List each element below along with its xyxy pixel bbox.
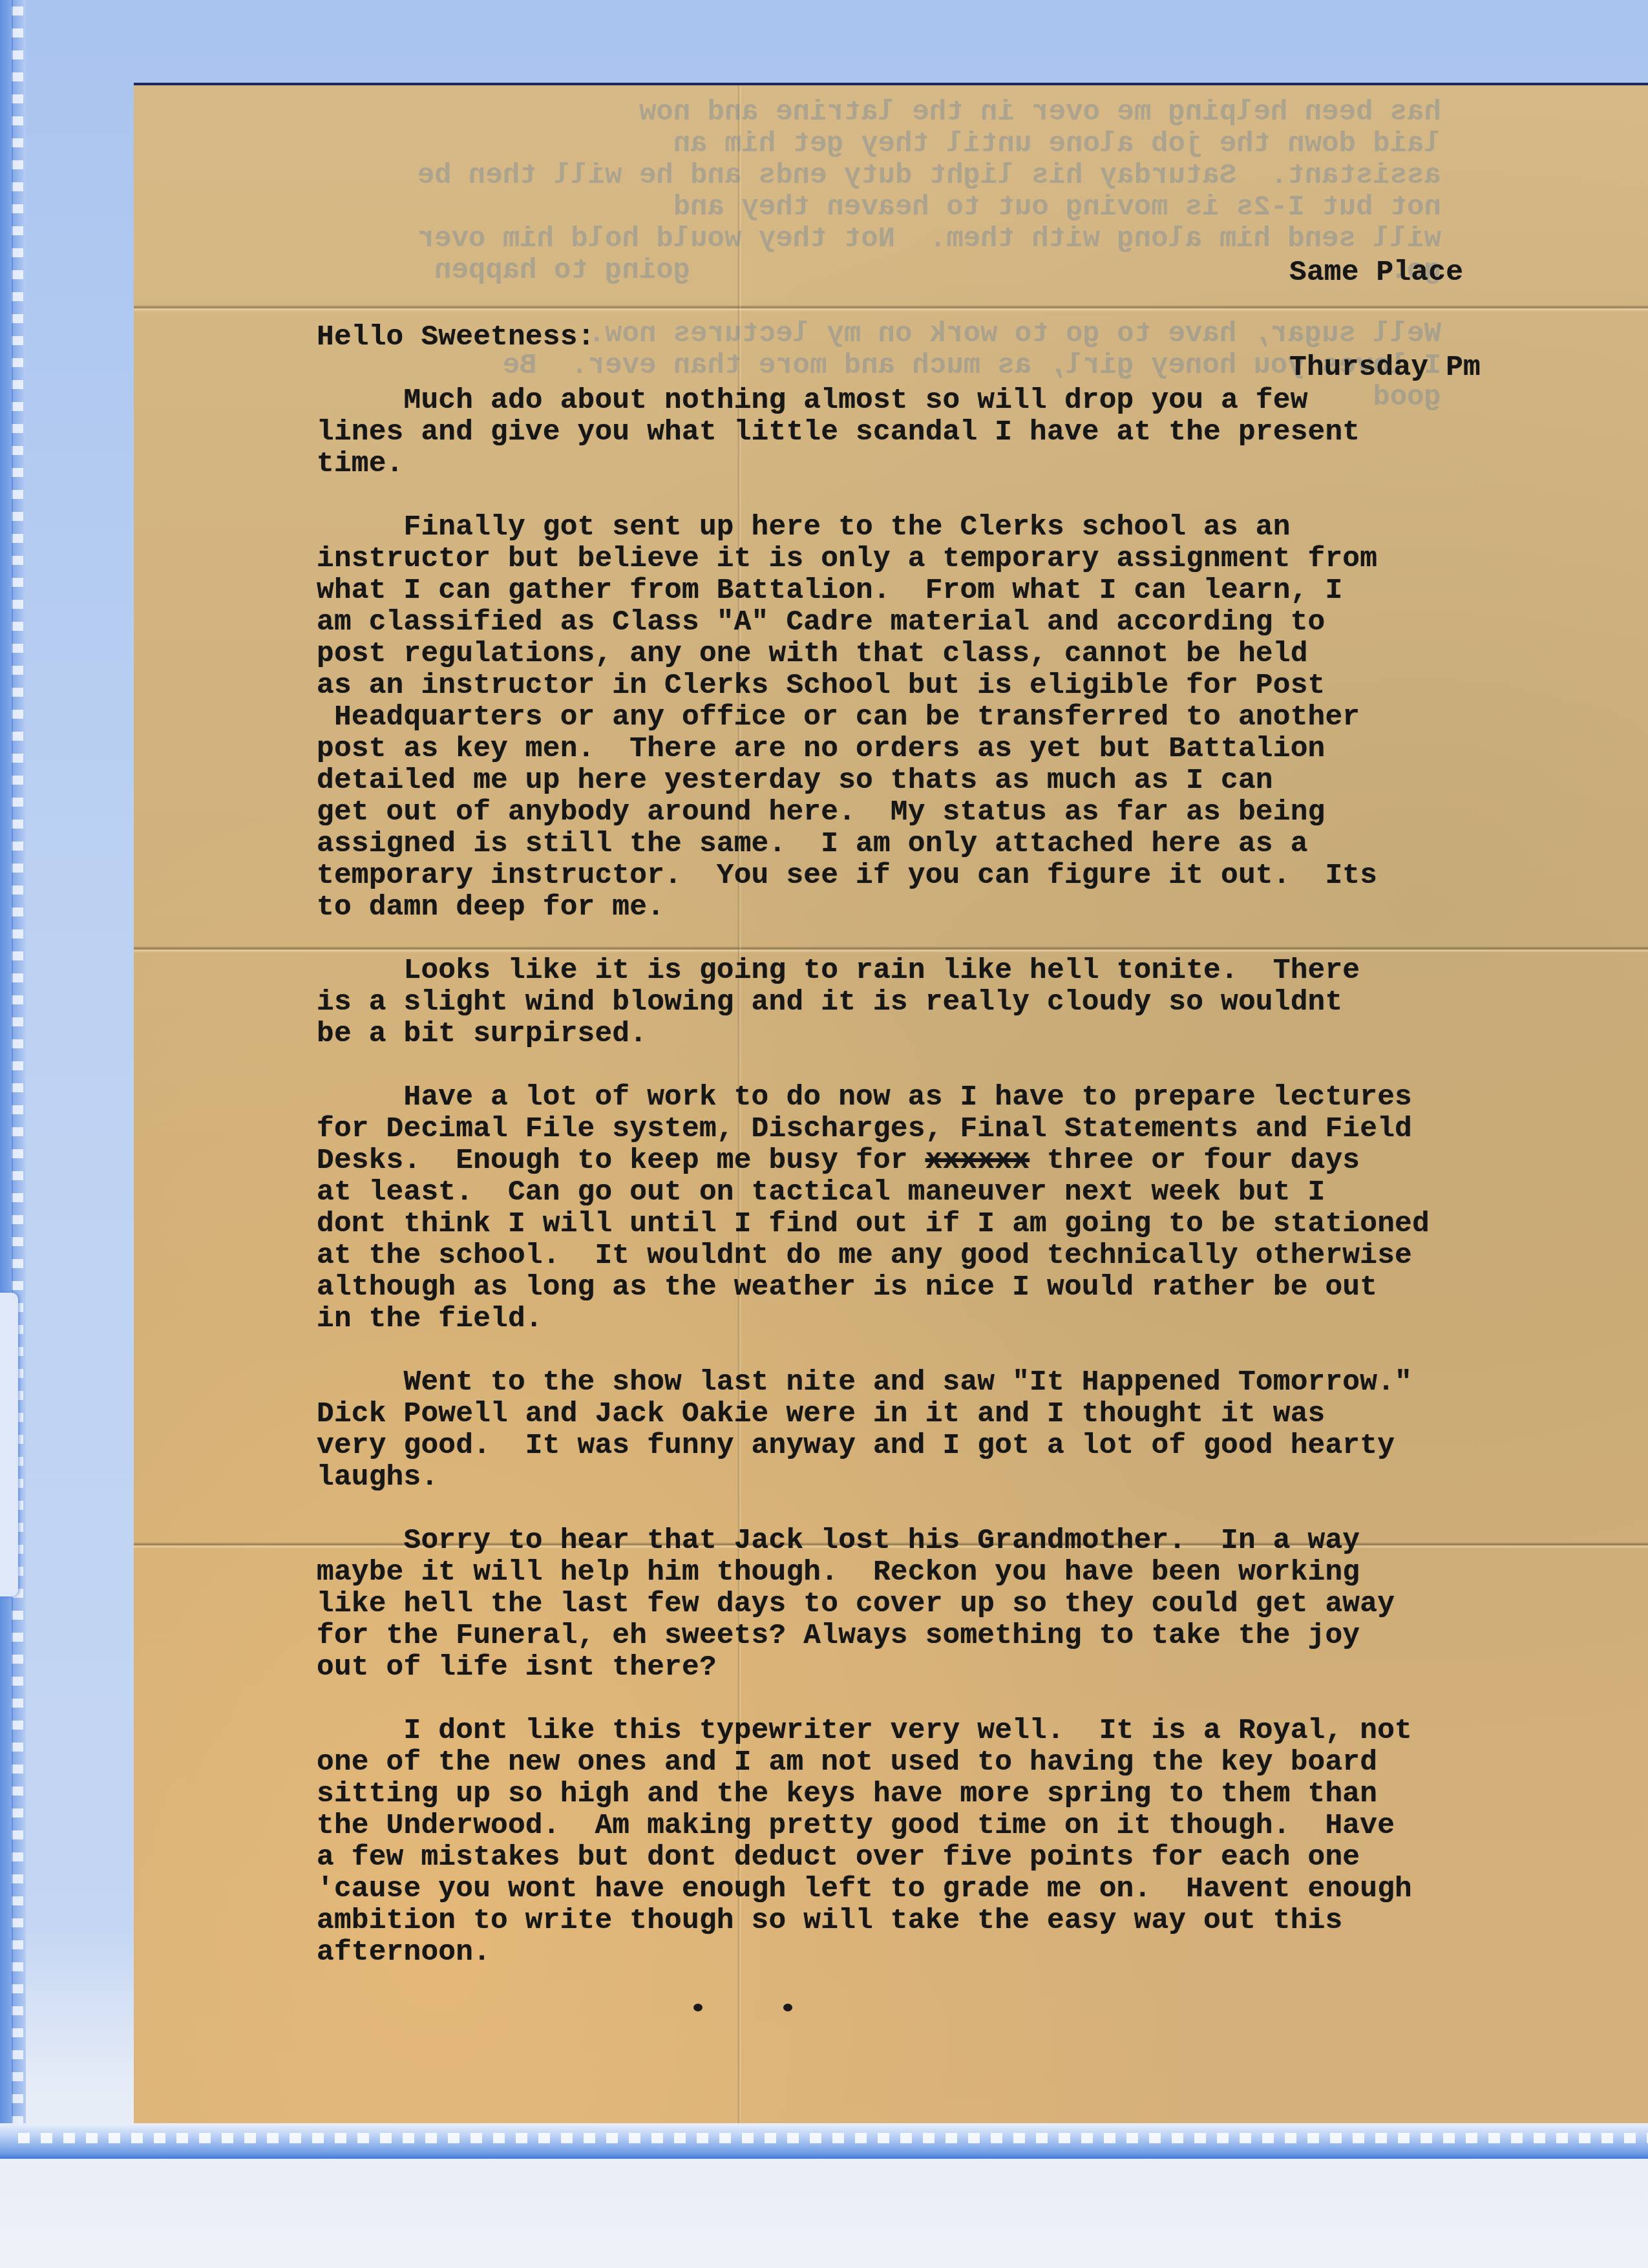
text-line: one of the new ones and I am not used to… [317, 1747, 1430, 1779]
paragraph: Went to the show last nite and saw "It H… [317, 1367, 1430, 1494]
text-line: Finally got sent up here to the Clerks s… [317, 512, 1430, 544]
text-line: sitting up so high and the keys have mor… [317, 1779, 1430, 1810]
text-line: get out of anybody around here. My statu… [317, 797, 1430, 829]
paragraph: Much ado about nothing almost so will dr… [317, 385, 1430, 480]
text-line: instructor but believe it is only a temp… [317, 544, 1430, 575]
text-line: very good. It was funny anyway and I got… [317, 1430, 1430, 1462]
text-line: like hell the last few days to cover up … [317, 1589, 1430, 1620]
struck-out-text: xxxxxx [925, 1145, 1030, 1177]
text-line: a few mistakes but dont deduct over five… [317, 1842, 1430, 1874]
sleeve-tab [0, 1293, 18, 1596]
dateline-day: Thursday Pm [1289, 352, 1481, 384]
paragraph: I dont like this typewriter very well. I… [317, 1715, 1430, 1969]
text-line: am classified as Class "A" Cadre materia… [317, 607, 1430, 639]
text-line: Went to the show last nite and saw "It H… [317, 1367, 1430, 1399]
text-line: afternoon. [317, 1937, 1430, 1969]
text-line: Looks like it is going to rain like hell… [317, 955, 1430, 987]
text-line: post as key men. There are no orders as … [317, 734, 1430, 765]
dateline-place: Same Place [1289, 257, 1481, 289]
paragraph: Sorry to hear that Jack lost his Grandmo… [317, 1525, 1430, 1684]
text-line: temporary instructor. You see if you can… [317, 860, 1430, 892]
text-line: in the field. [317, 1304, 1430, 1335]
text-line: Desks. Enough to keep me busy for xxxxxx… [317, 1145, 1430, 1177]
text-line: at the school. It wouldnt do me any good… [317, 1240, 1430, 1272]
text-line: the Underwood. Am making pretty good tim… [317, 1810, 1430, 1842]
text-line: out of life isnt there? [317, 1652, 1430, 1684]
text-line: although as long as the weather is nice … [317, 1272, 1430, 1304]
ink-spot [783, 2004, 792, 2011]
text-line: post regulations, any one with that clas… [317, 639, 1430, 670]
text-line: what I can gather from Battalion. From w… [317, 575, 1430, 607]
sleeve-punch-holes-bottom [13, 2133, 1648, 2143]
text-line: be a bit surpirsed. [317, 1019, 1430, 1050]
ink-spot [693, 2004, 703, 2011]
text-line: as an instructor in Clerks School but is… [317, 670, 1430, 702]
text-line: Dick Powell and Jack Oakie were in it an… [317, 1399, 1430, 1430]
text-line: assigned is still the same. I am only at… [317, 829, 1430, 860]
text-line: Headquarters or any office or can be tra… [317, 702, 1430, 734]
text-line: I dont like this typewriter very well. I… [317, 1715, 1430, 1747]
text-line: for Decimal File system, Discharges, Fin… [317, 1114, 1430, 1145]
paragraph: Have a lot of work to do now as I have t… [317, 1082, 1430, 1335]
text-line: at least. Can go out on tactical maneuve… [317, 1177, 1430, 1209]
text-line: ambition to write though so will take th… [317, 1905, 1430, 1937]
letter-body: Much ado about nothing almost so will dr… [317, 385, 1430, 2000]
salutation: Hello Sweetness: [317, 322, 595, 354]
paragraph: Finally got sent up here to the Clerks s… [317, 512, 1430, 924]
paragraph: Looks like it is going to rain like hell… [317, 955, 1430, 1050]
text-line: Have a lot of work to do now as I have t… [317, 1082, 1430, 1114]
text-line: Much ado about nothing almost so will dr… [317, 385, 1430, 417]
text-line: dont think I will until I find out if I … [317, 1209, 1430, 1240]
text-line: 'cause you wont have enough left to grad… [317, 1874, 1430, 1905]
text-line: is a slight wind blowing and it is reall… [317, 987, 1430, 1019]
text-line: lines and give you what little scandal I… [317, 417, 1430, 449]
text-line: to damn deep for me. [317, 892, 1430, 924]
dateline: Same Place Thursday Pm [1289, 194, 1481, 416]
text-line: maybe it will help him though. Reckon yo… [317, 1557, 1430, 1589]
text-line: detailed me up here yesterday so thats a… [317, 765, 1430, 797]
text-line: Sorry to hear that Jack lost his Grandmo… [317, 1525, 1430, 1557]
text-line: time. [317, 449, 1430, 480]
text-line: for the Funeral, eh sweets? Always somet… [317, 1620, 1430, 1652]
text-line: laughs. [317, 1462, 1430, 1494]
sleeve-punch-holes-left [12, 0, 23, 2152]
